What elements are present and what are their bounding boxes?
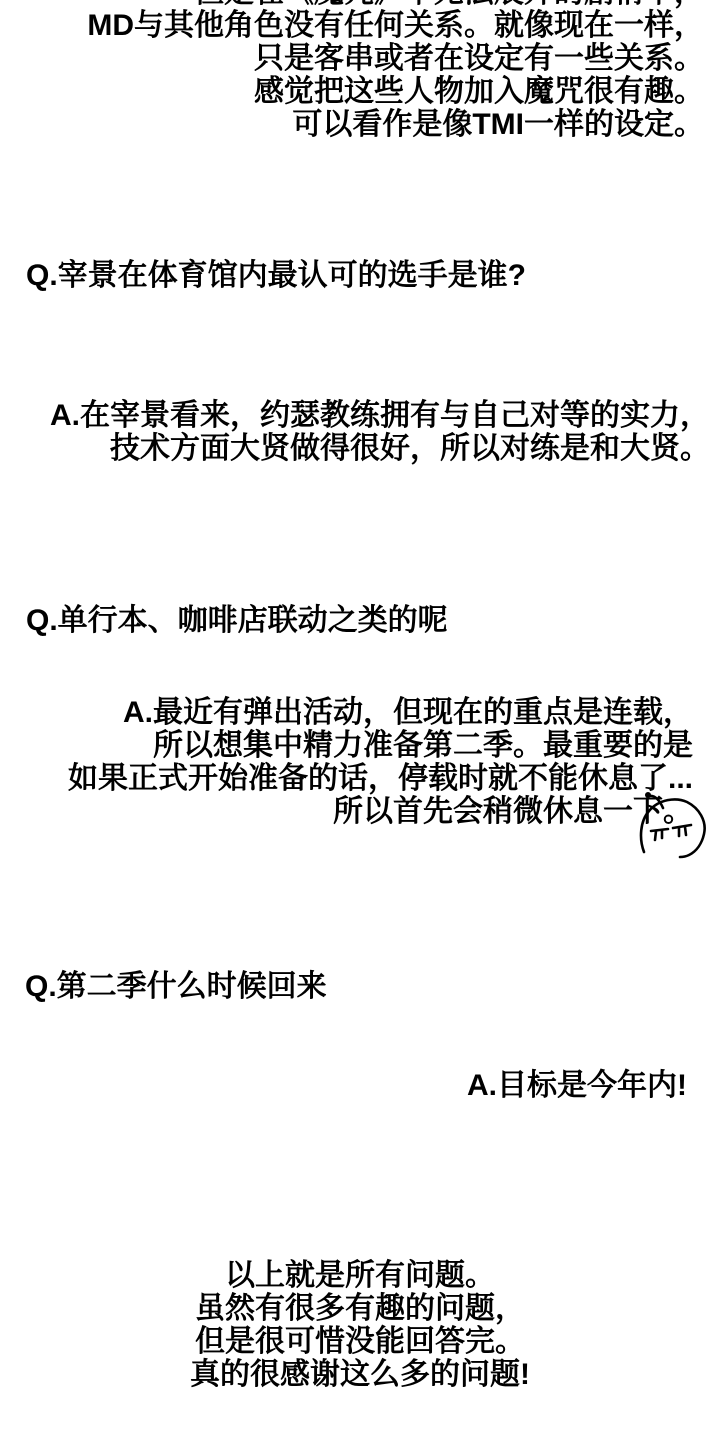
answer-3: A.目标是今年内! (467, 1069, 687, 1102)
answer-line: A.最近有弹出活动，但现在的重点是连载， (68, 696, 693, 729)
answer-line: 可以看作是像TMI一样的设定。 (87, 108, 704, 141)
answer-line: MD与其他角色没有任何关系。就像现在一样， (87, 9, 704, 42)
intro-answer-block: 但是在《魔咒》中无法展开的剧情中， MD与其他角色没有任何关系。就像现在一样， … (87, 0, 704, 141)
answer-line: A.在宰景看来，约瑟教练拥有与自己对等的实力， (50, 399, 710, 432)
answer-line: 所以想集中精力准备第二季。最重要的是 (68, 729, 693, 762)
closing-line: 虽然有很多有趣的问题， (0, 1292, 720, 1325)
qa-page: 但是在《魔咒》中无法展开的剧情中， MD与其他角色没有任何关系。就像现在一样， … (0, 0, 720, 1440)
closing-line: 但是很可惜没能回答完。 (0, 1325, 720, 1358)
answer-line: 如果正式开始准备的话，停载时就不能休息了... (68, 762, 693, 795)
answer-line: 只是客串或者在设定有一些关系。 (87, 42, 704, 75)
answer-line: 技术方面大贤做得很好，所以对练是和大贤。 (50, 432, 710, 465)
closing-line: 以上就是所有问题。 (0, 1259, 720, 1292)
answer-2-block: A.最近有弹出活动，但现在的重点是连载， 所以想集中精力准备第二季。最重要的是 … (68, 696, 693, 828)
closing-message-block: 以上就是所有问题。 虽然有很多有趣的问题， 但是很可惜没能回答完。 真的很感谢这… (0, 1259, 720, 1391)
answer-line: 感觉把这些人物加入魔咒很有趣。 (87, 75, 704, 108)
answer-1-block: A.在宰景看来，约瑟教练拥有与自己对等的实力， 技术方面大贤做得很好，所以对练是… (50, 399, 710, 465)
question-3: Q.第二季什么时候回来 (25, 970, 327, 1003)
closing-line: 真的很感谢这么多的问题! (0, 1358, 720, 1391)
answer-line: 所以首先会稍微休息一下。 (68, 795, 693, 828)
crying-face-doodle-icon (639, 791, 715, 859)
answer-line-clipped: 但是在《魔咒》中无法展开的剧情中， (87, 0, 704, 9)
question-1: Q.宰景在体育馆内最认可的选手是谁? (26, 259, 526, 292)
question-2: Q.单行本、咖啡店联动之类的呢 (26, 604, 448, 637)
